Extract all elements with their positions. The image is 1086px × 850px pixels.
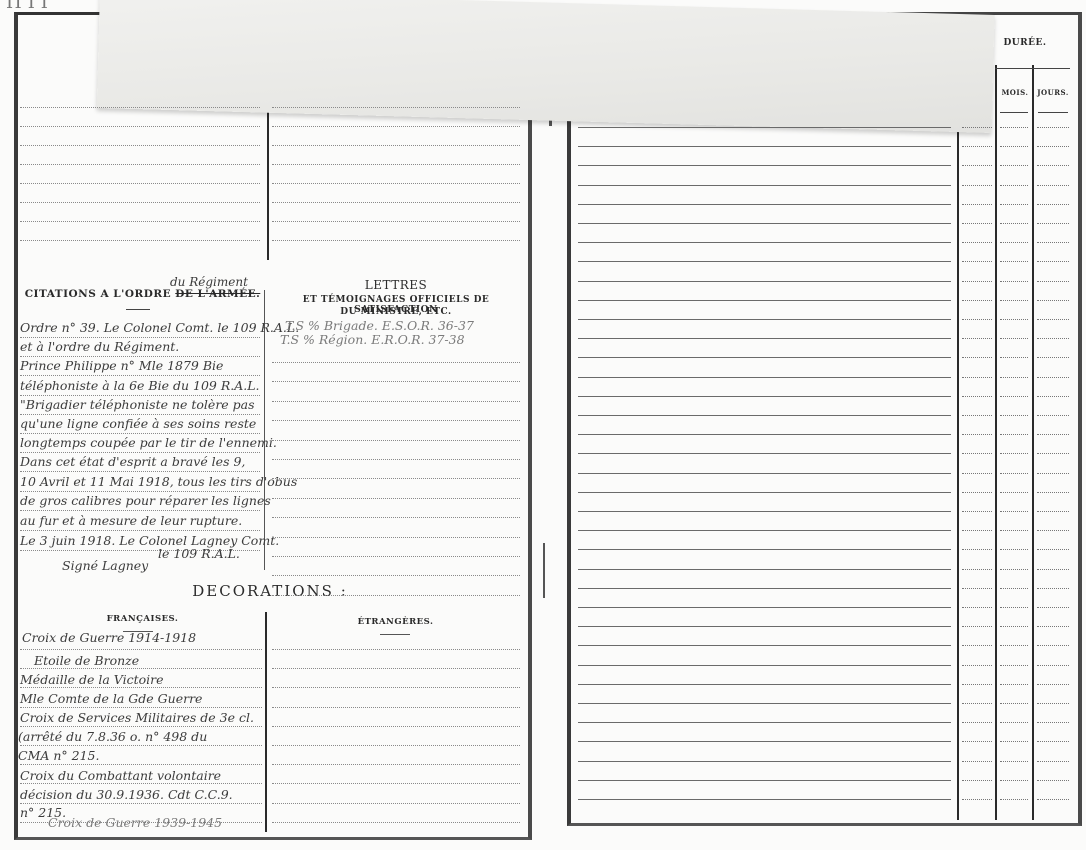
- ruled-line: [962, 281, 992, 282]
- ruled-line: [1000, 377, 1028, 378]
- etrangeres-rule: [380, 634, 410, 635]
- ruled-line: [1000, 127, 1028, 128]
- ruled-line: [578, 741, 951, 742]
- ruled-line: [962, 146, 992, 147]
- ruled-line: [1000, 261, 1028, 262]
- decoration-entry: Médaille de la Victoire: [20, 672, 164, 687]
- ruled-line: [20, 240, 260, 241]
- ruled-line: [962, 780, 992, 781]
- decoration-entry: CMA n° 215.: [18, 748, 99, 763]
- citation-line: 10 Avril et 11 Mai 1918, tous les tirs d…: [20, 474, 297, 489]
- ruled-line: [1000, 684, 1028, 685]
- decoration-entry: Croix de Guerre 1939-1945: [48, 815, 222, 830]
- ruled-line: [1000, 223, 1028, 224]
- ruled-line: [1037, 415, 1069, 416]
- ruled-line: [1037, 453, 1069, 454]
- ruled-line: [578, 684, 951, 685]
- ruled-line: [962, 185, 992, 186]
- ruled-line: [1000, 741, 1028, 742]
- ruled-line: [1037, 473, 1069, 474]
- ruled-line: [578, 703, 951, 704]
- ruled-line: [1000, 242, 1028, 243]
- ruled-line: [272, 822, 520, 823]
- ruled-line: [20, 649, 262, 650]
- ruled-line: [1000, 473, 1028, 474]
- ruled-line: [1037, 223, 1069, 224]
- ruled-line: [578, 146, 951, 147]
- ruled-line: [1000, 281, 1028, 282]
- ruled-line: [20, 764, 262, 765]
- ruled-line: [962, 434, 992, 435]
- ruled-line: [1037, 242, 1069, 243]
- ruled-line: [1037, 569, 1069, 570]
- lettres-entry: T.S % Région. E.R.O.R. 37-38: [280, 332, 465, 347]
- ruled-line: [1037, 780, 1069, 781]
- ruled-line: [20, 107, 260, 108]
- ruled-line: [1000, 357, 1028, 358]
- ruled-line: [1000, 799, 1028, 800]
- ruled-line: [272, 668, 520, 669]
- ruled-line: [272, 556, 520, 557]
- decoration-entry: Mle Comte de la Gde Guerre: [20, 691, 202, 706]
- ruled-line: [1000, 204, 1028, 205]
- ruled-line: [1037, 645, 1069, 646]
- ruled-line: [272, 164, 520, 165]
- ruled-line: [272, 240, 520, 241]
- ruled-line: [20, 668, 262, 669]
- ruled-line: [578, 281, 951, 282]
- ruled-line: [1000, 780, 1028, 781]
- ruled-line: [962, 223, 992, 224]
- ruled-line: [1000, 434, 1028, 435]
- ruled-line: [272, 401, 520, 402]
- ruled-line: [20, 726, 262, 727]
- ruled-line: [272, 420, 520, 421]
- ruled-line: [1037, 761, 1069, 762]
- ruled-line: [962, 684, 992, 685]
- ruled-line: [962, 703, 992, 704]
- ruled-line: [962, 453, 992, 454]
- ruled-line: [20, 687, 262, 688]
- ruled-line: [1000, 665, 1028, 666]
- ruled-line: [1037, 722, 1069, 723]
- ruled-line: [272, 221, 520, 222]
- ruled-line: [578, 204, 951, 205]
- right-col-divider-3: [1032, 65, 1034, 820]
- ruled-line: [962, 761, 992, 762]
- ruled-line: [272, 764, 520, 765]
- ruled-line: [20, 221, 260, 222]
- lettres-entry: T.S % Brigade. E.S.O.R. 36-37: [285, 318, 474, 333]
- ruled-line: [272, 537, 520, 538]
- citation-line: le 109 R.A.L.: [158, 546, 240, 561]
- ruled-line: [272, 478, 520, 479]
- ruled-line: [1037, 261, 1069, 262]
- ruled-line: [578, 338, 951, 339]
- citations-heading-struck: DE L'ARMÉE.: [175, 288, 260, 300]
- ruled-line: [1000, 415, 1028, 416]
- ruled-line: [1037, 396, 1069, 397]
- ruled-line: [962, 607, 992, 608]
- ruled-line: [1000, 146, 1028, 147]
- ruled-line: [578, 645, 951, 646]
- citations-heading: CITATIONS A L'ORDRE DE L'ARMÉE.: [20, 288, 265, 300]
- citation-line: au fur et à mesure de leur rupture.: [20, 513, 242, 528]
- citation-line: et à l'ordre du Régiment.: [20, 339, 179, 354]
- ruled-line: [962, 588, 992, 589]
- ruled-line: [578, 761, 951, 762]
- ruled-line: [962, 492, 992, 493]
- ruled-line: [272, 440, 520, 441]
- ruled-line: [578, 261, 951, 262]
- ruled-line: [1000, 492, 1028, 493]
- ruled-line: [272, 649, 520, 650]
- binding-mark-middle: [543, 543, 545, 598]
- ruled-line: [578, 434, 951, 435]
- ruled-line: [20, 414, 260, 415]
- ruled-line: [578, 242, 951, 243]
- ruled-line: [20, 491, 260, 492]
- ruled-line: [578, 473, 951, 474]
- ruled-line: [1037, 338, 1069, 339]
- duree-label: DURÉE.: [990, 38, 1060, 48]
- ruled-line: [272, 381, 520, 382]
- ruled-line: [962, 204, 992, 205]
- lettres-subheading-2: DU MINISTRE, ETC.: [268, 307, 524, 317]
- ruled-line: [962, 549, 992, 550]
- ruled-line: [272, 803, 520, 804]
- ruled-line: [1037, 357, 1069, 358]
- etrangeres-label: ÉTRANGÈRES.: [267, 617, 524, 627]
- ruled-line: [1037, 665, 1069, 666]
- ruled-line: [20, 356, 260, 357]
- ruled-line: [1000, 569, 1028, 570]
- column-header-jours: JOURS.: [1034, 88, 1072, 97]
- decoration-entry: Croix du Combattant volontaire: [20, 768, 221, 783]
- ruled-line: [578, 626, 951, 627]
- ruled-line: [1037, 185, 1069, 186]
- ruled-line: [20, 183, 260, 184]
- ruled-line: [578, 396, 951, 397]
- ruled-line: [962, 261, 992, 262]
- ruled-line: [578, 319, 951, 320]
- ruled-line: [578, 530, 951, 531]
- lettres-heading: LETTRES: [268, 278, 524, 292]
- citation-line: Dans cet état d'esprit a bravé les 9,: [20, 454, 245, 469]
- citation-line: Prince Philippe n° Mle 1879 Bie: [20, 358, 223, 373]
- citation-line: Signé Lagney: [62, 558, 148, 573]
- citation-line: qu'une ligne confiée à ses soins reste: [20, 416, 256, 431]
- ruled-line: [578, 165, 951, 166]
- decorations-heading: DECORATIONS :: [20, 582, 520, 600]
- decoration-entry: Croix de Guerre 1914-1918: [22, 630, 196, 645]
- ruled-line: [578, 799, 951, 800]
- ruled-line: [962, 165, 992, 166]
- ruled-line: [272, 126, 520, 127]
- decoration-entry: Etoile de Bronze: [34, 653, 139, 668]
- ruled-line: [1000, 530, 1028, 531]
- ruled-line: [272, 498, 520, 499]
- ruled-line: [1000, 626, 1028, 627]
- ruled-line: [962, 396, 992, 397]
- ruled-line: [962, 741, 992, 742]
- ruled-line: [962, 530, 992, 531]
- citations-heading-rule: [126, 309, 150, 310]
- ruled-line: [578, 415, 951, 416]
- ruled-line: [1037, 165, 1069, 166]
- ruled-line: [20, 530, 260, 531]
- ruled-line: [1037, 127, 1069, 128]
- ruled-line: [20, 375, 260, 376]
- francaises-label: FRANÇAISES.: [20, 614, 265, 624]
- right-col-divider-2: [995, 65, 997, 820]
- ruled-line: [1037, 549, 1069, 550]
- ruled-line: [1000, 396, 1028, 397]
- ruled-line: [20, 510, 260, 511]
- ruled-line: [1000, 185, 1028, 186]
- citation-line: "Brigadier téléphoniste ne tolère pas: [20, 397, 255, 412]
- ruled-line: [578, 377, 951, 378]
- ruled-line: [578, 588, 951, 589]
- ruled-line: [1037, 607, 1069, 608]
- ruled-line: [272, 707, 520, 708]
- duree-rule: [995, 68, 1070, 69]
- ruled-line: [1000, 338, 1028, 339]
- citation-line: Ordre n° 39. Le Colonel Comt. le 109 R.A…: [20, 320, 299, 335]
- ruled-line: [578, 511, 951, 512]
- ruled-line: [1037, 799, 1069, 800]
- ruled-line: [962, 319, 992, 320]
- ruled-line: [962, 415, 992, 416]
- right-col-divider-1: [957, 120, 959, 820]
- ruled-line: [962, 300, 992, 301]
- ruled-line: [1000, 645, 1028, 646]
- decorations-column-divider: [265, 612, 267, 832]
- ruled-line: [1000, 703, 1028, 704]
- ruled-line: [272, 687, 520, 688]
- decoration-entry: décision du 30.9.1936. Cdt C.C.9.: [20, 787, 233, 802]
- ruled-line: [20, 471, 260, 472]
- ruled-line: [578, 492, 951, 493]
- ruled-line: [962, 511, 992, 512]
- ruled-line: [578, 357, 951, 358]
- ruled-line: [1037, 204, 1069, 205]
- ruled-line: [1037, 741, 1069, 742]
- ruled-line: [1000, 761, 1028, 762]
- ruled-line: [20, 452, 260, 453]
- citation-line: Le 3 juin 1918. Le Colonel Lagney Comt.: [20, 533, 279, 548]
- ruled-line: [578, 665, 951, 666]
- citations-heading-prefix: CITATIONS A L'ORDRE: [25, 288, 176, 300]
- ruled-line: [1000, 453, 1028, 454]
- ruled-line: [578, 453, 951, 454]
- ruled-line: [20, 395, 260, 396]
- ruled-line: [20, 126, 260, 127]
- ruled-line: [20, 745, 262, 746]
- ruled-line: [1037, 300, 1069, 301]
- ruled-line: [1000, 588, 1028, 589]
- ruled-line: [272, 575, 520, 576]
- citation-line: téléphoniste à la 6e Bie du 109 R.A.L.: [20, 378, 260, 393]
- ruled-line: [1000, 319, 1028, 320]
- ruled-line: [962, 242, 992, 243]
- ruled-line: [578, 185, 951, 186]
- ruled-line: [1000, 607, 1028, 608]
- ruled-line: [1037, 626, 1069, 627]
- citation-line: de gros calibres pour réparer les lignes: [20, 493, 271, 508]
- decoration-entry: Croix de Services Militaires de 3e cl.: [20, 710, 254, 725]
- ruled-line: [1037, 511, 1069, 512]
- ruled-line: [1037, 492, 1069, 493]
- citations-annotation: du Régiment: [170, 275, 248, 289]
- ruled-line: [578, 722, 951, 723]
- ruled-line: [578, 780, 951, 781]
- ruled-line: [1037, 281, 1069, 282]
- ruled-line: [272, 202, 520, 203]
- ruled-line: [1037, 146, 1069, 147]
- ruled-line: [272, 362, 520, 363]
- ruled-line: [1037, 588, 1069, 589]
- ruled-line: [272, 145, 520, 146]
- ruled-line: [20, 202, 260, 203]
- ruled-line: [20, 433, 260, 434]
- ruled-line: [1000, 722, 1028, 723]
- ruled-line: [1000, 165, 1028, 166]
- ruled-line: [962, 569, 992, 570]
- ruled-line: [962, 645, 992, 646]
- ruled-line: [578, 569, 951, 570]
- ruled-line: [962, 473, 992, 474]
- ruled-line: [1000, 549, 1028, 550]
- ruled-line: [20, 707, 262, 708]
- ruled-line: [20, 145, 260, 146]
- ruled-line: [1037, 703, 1069, 704]
- ruled-line: [578, 549, 951, 550]
- ruled-line: [578, 607, 951, 608]
- column-header-mois: MOIS.: [997, 88, 1033, 97]
- ruled-line: [962, 665, 992, 666]
- ruled-line: [1000, 300, 1028, 301]
- ruled-line: [962, 722, 992, 723]
- mois-rule: [1000, 112, 1028, 113]
- ruled-line: [272, 783, 520, 784]
- ruled-line: [962, 377, 992, 378]
- ruled-line: [272, 183, 520, 184]
- ruled-line: [962, 626, 992, 627]
- ruled-line: [1037, 530, 1069, 531]
- ruled-line: [272, 745, 520, 746]
- ruled-line: [962, 357, 992, 358]
- ruled-line: [962, 127, 992, 128]
- decoration-entry: (arrêté du 7.8.36 o. n° 498 du: [18, 729, 207, 744]
- ruled-line: [272, 726, 520, 727]
- ruled-line: [20, 164, 260, 165]
- ruled-line: [272, 595, 520, 596]
- citation-line: longtemps coupée par le tir de l'ennemi.: [20, 435, 277, 450]
- ruled-line: [272, 107, 520, 108]
- ruled-line: [1037, 434, 1069, 435]
- ruled-line: [272, 459, 520, 460]
- ruled-line: [272, 517, 520, 518]
- ruled-line: [962, 799, 992, 800]
- ruled-line: [578, 223, 951, 224]
- ruled-line: [1037, 319, 1069, 320]
- ruled-line: [578, 300, 951, 301]
- jours-rule: [1038, 112, 1068, 113]
- ruled-line: [20, 337, 260, 338]
- ruled-line: [962, 338, 992, 339]
- ruled-line: [20, 803, 262, 804]
- ruled-line: [1037, 377, 1069, 378]
- ruled-line: [578, 127, 951, 128]
- ruled-line: [1037, 684, 1069, 685]
- ruled-line: [20, 783, 262, 784]
- ruled-line: [1000, 511, 1028, 512]
